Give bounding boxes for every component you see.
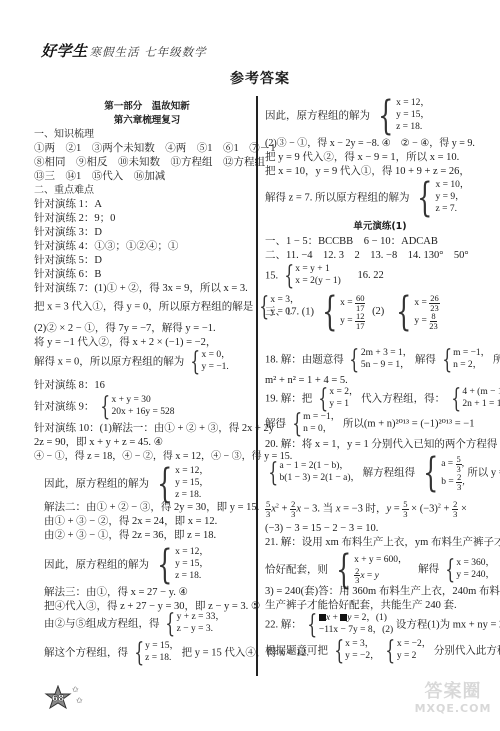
equation: m = −1， [453, 348, 490, 360]
column-divider [256, 96, 258, 376]
equation-system: {x = 10，y = 9，z = 7. [412, 178, 469, 218]
answer-text: 因此，原方程组的解为 [44, 478, 149, 489]
answer-text: 解方程组得 [363, 467, 416, 478]
small-star-icon: ✩ [76, 697, 83, 705]
equation: x = 12， [175, 547, 209, 559]
answer-line: 生产裤子才能恰好配套，共能生产 240 套. [265, 601, 457, 612]
column-divider [256, 376, 258, 676]
equation: y = 15， [145, 641, 179, 653]
answer-text: 解得 [265, 418, 286, 429]
answer-line: 22. 解： { x + y = 2，(1) −11x − 7y = 8，(2)… [265, 612, 500, 638]
equation-system: {x = 3，y = −2， [331, 638, 380, 664]
answer-line: 解得 x = 0，所以原方程组的解为 {x = 0，y = −1. [34, 349, 231, 375]
answer-text: 解得 [418, 564, 439, 575]
answer-line: 二、11. −4 12. 3 2 13. −8 14. 130° 50° [265, 251, 469, 262]
answer-text: 代入方程组，得： [361, 393, 445, 404]
answer-line: 三、17. (1) { x = 6017 y = 1217 (2) { x = … [265, 292, 440, 332]
denominator: 3 [457, 483, 461, 492]
answer-line: 2z = 90，即 x + y + z = 45. ④ [34, 438, 163, 449]
answer-line: 恰好配套，则 { x + y = 600， 23x = y 解得 {x = 36… [265, 550, 500, 590]
equation-system: {x = −2，y = 2 [382, 638, 431, 664]
equation: y = −1. [201, 362, 230, 374]
answer-text: 解得 x = 0，所以原方程组的解为 [34, 356, 184, 367]
brand-subtitle: 寒假生活 七年级数学 [90, 47, 207, 59]
answer-line: 20. 解：将 x = 1，y = 1 分别代入已知的两个方程得 [265, 440, 497, 451]
equation: x = y + 1 [295, 264, 341, 276]
equation: n = 0， [303, 424, 340, 436]
equation: 2m + 3 = 1， [361, 348, 412, 360]
equation: x = 12， [396, 98, 430, 110]
answer-line: 针对演练 2：9；0 [34, 214, 115, 225]
equation: z = 7. [436, 204, 470, 216]
equation: y = 240， [456, 570, 495, 582]
equation: x = 2(y − 1) [295, 276, 341, 288]
answer-text: 三、17. (1) [265, 306, 314, 317]
chapter-title: 第六章梳理复习 [42, 116, 252, 126]
equation: x = 6017 [340, 294, 365, 312]
equation: x = 3， [345, 639, 379, 651]
equation: x = 360， [456, 558, 495, 570]
equation-system: {2m + 3 = 1，5n − 9 = 1， [346, 347, 412, 373]
answer-line: 针对演练 8：16 [34, 381, 105, 392]
answer-line: 根据题意可把 {x = 3，y = −2， {x = −2，y = 2 分别代入… [265, 638, 500, 664]
book-brand: 好学生 寒假生活 七年级数学 [41, 44, 207, 59]
answer-line: 把 y = 9 代入②，得 x − 9 = 1，所以 x = 10. [265, 153, 459, 164]
answer-line: 由②与⑤组成方程组，得 {y + z = 33，z − y = 3. [44, 611, 225, 637]
answer-line: m² + n² = 1 + 4 = 5. [265, 376, 348, 387]
equation-system: {a − 1 = 2(1 − b)，b(1 − 3) = 2(1 − a)， [265, 460, 360, 486]
answer-line: 把 x = 3 代入①，得 y = 0，所以原方程组的解是 {x = 3，y =… [34, 294, 300, 320]
small-star-icon: ✩ [72, 686, 79, 694]
denominator: 17 [356, 322, 365, 331]
equation: 2n + 1 = 1， [462, 399, 500, 411]
answer-line: 53x2 + 23x − 3. 当 x = −3 时，y = 53 × (−3)… [265, 500, 467, 518]
equation: x = 2， [329, 387, 358, 399]
equation: n = 2， [453, 360, 490, 372]
answer-text: 把 x = 3 代入①，得 y = 0，所以原方程组的解是 [34, 301, 253, 312]
equation-system: {x = 0，y = −1. [187, 349, 231, 375]
equation-system: { x + y = 2，(1) −11x − 7y = 8，(2) [304, 612, 393, 638]
equation: x = 12， [175, 466, 209, 478]
page-title: 参考答案 [0, 72, 500, 86]
equation: 20x + 16y = 528 [112, 407, 175, 419]
answer-line: 一、1 − 5：BCCBB 6 − 10：ADCAB [265, 237, 438, 248]
equation: y = −2， [345, 651, 379, 663]
equation: x = 10， [436, 180, 470, 192]
answer-line: ⑬三 ⑭1 ⑮代入 ⑯加减 [34, 172, 165, 183]
equation-system: {y + z = 33，z − y = 3. [162, 611, 225, 637]
equation-system: {x = 12，y = 15，z = 18. [152, 464, 209, 504]
brand-title: 好学生 [41, 44, 88, 59]
equation: y = 15， [396, 110, 430, 122]
equation: y = 15， [175, 478, 209, 490]
answer-line: 针对演练 3：D [34, 228, 102, 239]
watermark-text: 答案圈 [408, 683, 498, 701]
equation: b = 23, [441, 473, 464, 491]
equation: y = 2 [397, 651, 431, 663]
equation-system: {x = 360，y = 240， [442, 557, 495, 583]
equation: x + y = 600， [354, 555, 407, 566]
equation-system: { x + y = 600， 23x = y [331, 550, 408, 590]
answer-line: 因此，原方程组的解为 {x = 12，y = 15，z = 18. [44, 545, 209, 585]
answer-line: 针对演练 7：(1)① + ②，得 3x = 9，所以 x = 3. [34, 284, 248, 295]
section-title: 一、知识梳理 [34, 130, 94, 140]
answer-line: 针对演练 10：(1)解法一：由① + ② + ③，得 2x + 2y − [34, 424, 283, 435]
equation-system: {x = y + 1x = 2(y − 1) [281, 263, 341, 289]
answer-text: (2) [372, 306, 384, 317]
answer-text: 所以 [493, 354, 500, 365]
answer-text: 分别代入此方程 [434, 645, 500, 656]
watermark-url: MXQE.COM [408, 703, 498, 714]
star-icon: 68 [44, 685, 72, 711]
equation-system: { x = 2623 y = 823 [391, 292, 440, 332]
equation-system: {4 + (m − 1) = 2，2n + 1 = 1， [448, 386, 500, 412]
equation: x = 2623 [414, 294, 439, 312]
answer-line: 把 x = 10，y = 9 代入①，得 10 + 9 + z = 26， [265, 167, 470, 178]
answer-text: 根据题意可把 [265, 645, 328, 656]
answer-text: 19. 解：把 [265, 393, 312, 404]
answer-text: 设方程(1)为 mx + ny = 2， [396, 619, 500, 630]
answer-line: 解法三：由①，得 x = 27 − y. ④ [44, 588, 188, 599]
answer-line: 针对演练 5：D [34, 256, 102, 267]
answer-line: ⑧相同 ⑨相反 ⑩未知数 ⑪方程组 ⑫方程组 [34, 158, 265, 169]
watermark: 答案圈 MXQE.COM [408, 683, 498, 714]
equation-system: {x = 12，y = 15，z = 18. [152, 545, 209, 585]
answer-line: (−3) − 3 = 15 − 2 − 3 = 10. [265, 524, 378, 535]
equation-system: {x = 2，y = 1 [315, 386, 359, 412]
equation: x = −2， [397, 639, 431, 651]
answer-line: (2)② × 2 − ①，得 7y = −7，解得 y = −1. [34, 324, 216, 335]
answer-text: 由②与⑤组成方程组，得 [44, 618, 160, 629]
answer-line: {a − 1 = 2(1 − b)，b(1 − 3) = 2(1 − a)， 解… [265, 453, 500, 493]
equation: a = 53, [441, 455, 464, 473]
equation: y = 9， [436, 192, 470, 204]
answer-text: 解这个方程组，得 [44, 647, 128, 658]
equation: x + y = 30 [112, 395, 175, 407]
answer-line: 针对演练 6：B [34, 270, 101, 281]
section-title: 二、重点难点 [34, 186, 94, 196]
answer-text: 18. 解：由题意得 [265, 354, 344, 365]
denominator: 23 [429, 322, 438, 331]
answer-line: 因此，原方程组的解为 {x = 12，y = 15，z = 18. [265, 96, 430, 136]
equation: z = 18. [175, 490, 209, 502]
equation: y = 1217 [340, 312, 365, 330]
equation-system: { x = 6017 y = 1217 [317, 292, 366, 332]
answer-line: 解得 z = 7. 所以原方程组的解为 {x = 10，y = 9，z = 7. [265, 178, 469, 218]
answer-text: 解得 [415, 354, 436, 365]
equation-system: {y = 15，z = 18. [131, 640, 179, 666]
equation: −11x − 7y = 8，(2) [319, 625, 393, 637]
answer-line: 18. 解：由题意得 {2m + 3 = 1，5n − 9 = 1， 解得 {m… [265, 347, 500, 373]
answer-text: 所以(m + n)²⁰¹³ = (−1)²⁰¹³ = −1 [343, 418, 475, 429]
answer-line: 3) = 240(套)答：用 360m 布料生产上衣，240m 布料 [265, 587, 500, 598]
answer-line: 15. {x = y + 1x = 2(y − 1) 16. 22 [265, 263, 384, 289]
answer-line: 由② + ③ − ①，得 2z = 36，即 z = 18. [44, 531, 216, 542]
equation: b(1 − 3) = 2(1 − a)， [280, 473, 360, 485]
answer-text: 解得 z = 7. 所以原方程组的解为 [265, 192, 409, 203]
obscured-coefficient [319, 614, 326, 621]
answer-line: ①两 ②1 ③两个未知数 ④两 ⑤1 ⑥1 ⑦－1 [34, 144, 276, 155]
equation: 5n − 9 = 1， [361, 360, 412, 372]
equation: z = 18. [145, 653, 179, 665]
equation: y + z = 33， [177, 612, 225, 624]
answer-text: 22. 解： [265, 619, 302, 630]
equation-system: { a = 53, b = 23, [418, 453, 465, 493]
equation: y = 15， [175, 559, 209, 571]
answer-text: 恰好配套，则 [265, 564, 328, 575]
answer-line: 将 y = −1 代入②，得 x + 2 × (−1) = −2， [34, 338, 216, 349]
equation: m = −1， [303, 412, 340, 424]
answer-line: 21. 解：设用 xm 布料生产上衣，ym 布料生产裤子才能 [265, 538, 500, 549]
equation-system: {m = −1，n = 0， [289, 411, 341, 437]
answer-line: 解法二：由① + ② − ③，得 2y = 30，即 y = 15. [44, 503, 259, 514]
answer-text: 针对演练 9： [34, 401, 94, 412]
svg-text:68: 68 [52, 694, 65, 704]
equation: 23x = y [354, 567, 407, 585]
equation: y = 823 [414, 312, 439, 330]
equation-system: {m = −1，n = 2， [439, 347, 491, 373]
equation: z − y = 3. [177, 624, 225, 636]
answer-text: 15. [265, 270, 278, 281]
answer-line: (2)③ − ①，得 x − 2y = −8. ④ ② − ④，得 y = 9. [265, 139, 475, 149]
answer-line: 针对演练 4：①③；①②④；① [34, 242, 178, 253]
equation: y = 1 [329, 399, 358, 411]
answer-text: 所以 y = [467, 467, 500, 478]
equation: 4 + (m − 1) = 2， [462, 387, 500, 399]
equation-system: {x = 12，y = 15，z = 18. [373, 96, 430, 136]
answer-line: 由① + ③ − ②，得 2x = 24，即 x = 12. [44, 517, 217, 528]
unit-title: 单元演练(1) [265, 222, 495, 232]
equation: z = 18. [175, 571, 209, 583]
equation: x + y = 2，(1) [319, 613, 393, 625]
equation-system: {x + y = 3020x + 16y = 528 [97, 394, 175, 420]
equation: z = 18. [396, 122, 430, 134]
answer-text: 因此，原方程组的解为 [44, 559, 149, 570]
answer-text: 因此，原方程组的解为 [265, 110, 370, 121]
answer-line: 因此，原方程组的解为 {x = 12，y = 15，z = 18. [44, 464, 209, 504]
answer-text: 16. 22 [357, 270, 383, 281]
equation: a − 1 = 2(1 − b)， [280, 461, 360, 473]
answer-line: 针对演练 9： {x + y = 3020x + 16y = 528 [34, 394, 175, 420]
equation: x = 0， [201, 350, 230, 362]
answer-line: 针对演练 1：A [34, 200, 102, 211]
part-title: 第一部分 温故知新 [42, 102, 252, 112]
answer-line: 解得 {m = −1，n = 0， 所以(m + n)²⁰¹³ = (−1)²⁰… [265, 411, 474, 437]
page-number-badge: 68 [44, 685, 72, 711]
